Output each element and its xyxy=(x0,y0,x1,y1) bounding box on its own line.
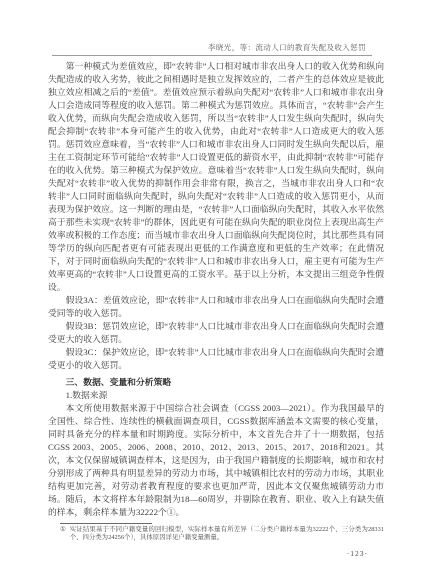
running-header: 李晓光，等：流动人口的教育失配及收入惩罚 xyxy=(48,43,384,52)
hypothesis-3a: 假设3A：差值效应论，即“农转非”人口和城市非农出身人口在面临纵向失配时会遭受同… xyxy=(48,294,384,320)
header-rule xyxy=(52,55,372,56)
hypothesis-3c: 假设3C：保护效应论，即“农转非”人口比城市非农出身人口在面临纵向失配时会遭受更… xyxy=(48,346,384,372)
section-heading: 三、数据、变量和分析策略 xyxy=(48,376,384,389)
hypothesis-3b: 假设3B：惩罚效应论，即“农转非”人口比城市非农出身人口在面临纵向失配时会遭受更… xyxy=(48,320,384,346)
paper-page: 李晓光，等：流动人口的教育失配及收入惩罚 第一种模式为差值效应，即“农转非”人口… xyxy=(0,0,427,575)
text-column: 李晓光，等：流动人口的教育失配及收入惩罚 第一种模式为差值效应，即“农转非”人口… xyxy=(48,0,384,558)
paragraph-effect-modes: 第一种模式为差值效应，即“农转非”人口相对城市非农出身人口的收入优势和纵向失配造… xyxy=(48,60,384,294)
footnote: ① 实证结果基于不同户籍变量的回归模型，实际样本量有所差异（二分类户籍样本量为3… xyxy=(48,526,384,542)
footnote-marker: ① xyxy=(60,526,66,542)
page-body: 第一种模式为差值效应，即“农转非”人口相对城市非农出身人口的收入优势和纵向失配造… xyxy=(48,60,384,519)
subsection-heading: 1.数据来源 xyxy=(48,389,384,402)
footnote-rule xyxy=(60,523,152,524)
paragraph-data-source: 本文所使用数据来源于中国综合社会调查（CGSS 2003—2021）。作为我国最… xyxy=(48,402,384,519)
footnote-text: 实证结果基于不同户籍变量的回归模型，实际样本量有所差异（二分类户籍样本量为322… xyxy=(70,526,384,542)
page-number: ·123· xyxy=(48,549,384,558)
